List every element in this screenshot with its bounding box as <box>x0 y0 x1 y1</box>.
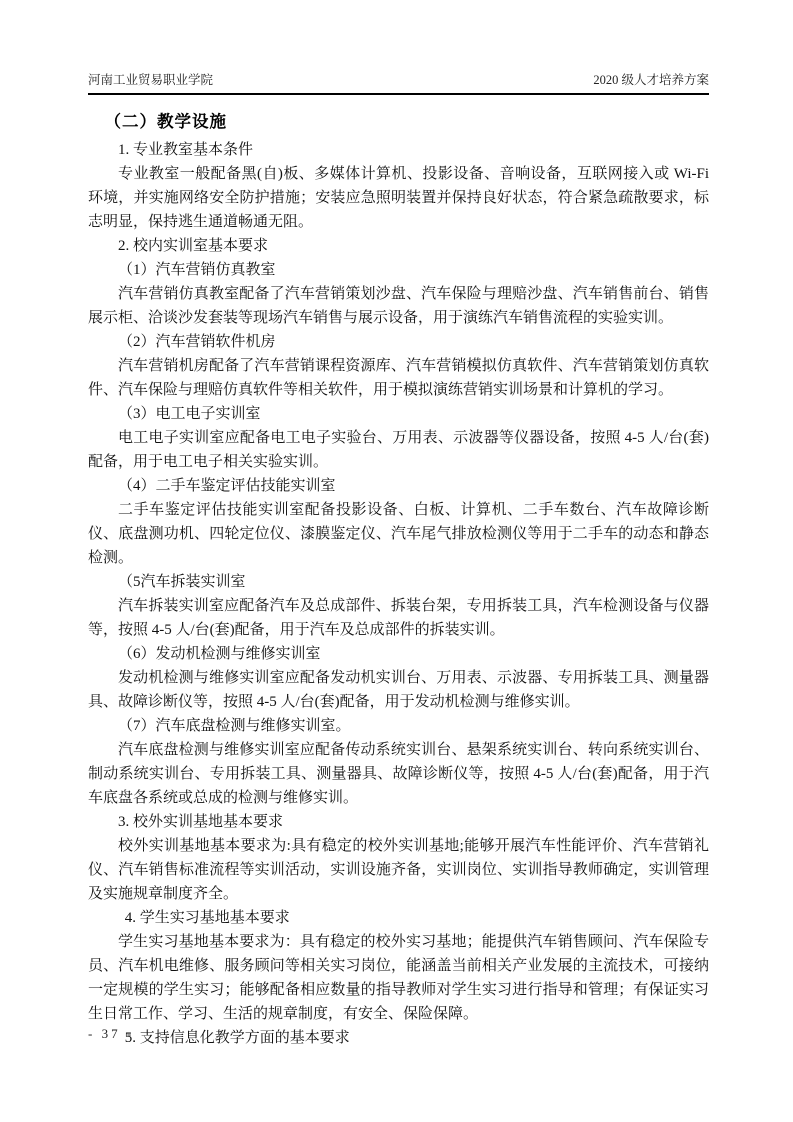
header-school-name: 河南工业贸易职业学院 <box>88 70 213 88</box>
paragraph: 汽车拆装实训室应配备汽车及总成部件、拆装台架，专用拆装工具，汽车检测设备与仪器等… <box>88 594 709 642</box>
paragraph: 汽车营销机房配备了汽车营销课程资源库、汽车营销模拟仿真软件、汽车营销策划仿真软件… <box>88 354 709 402</box>
page-header: 河南工业贸易职业学院 2020 级人才培养方案 <box>88 70 709 95</box>
paragraph: 汽车底盘检测与维修实训室应配备传动系统实训台、悬架系统实训台、转向系统实训台、制… <box>88 738 709 810</box>
document-body: 1. 专业教室基本条件专业教室一般配备黑(自)板、多媒体计算机、投影设备、音响设… <box>88 138 709 1050</box>
paragraph-subheading: （7）汽车底盘检测与维修实训室。 <box>88 714 709 738</box>
paragraph-subheading: （6）发动机检测与维修实训室 <box>88 642 709 666</box>
paragraph: 二手车鉴定评估技能实训室配备投影设备、白板、计算机、二手车数台、汽车故障诊断仪、… <box>88 498 709 570</box>
paragraph-subheading: （5汽车拆装实训室 <box>88 570 709 594</box>
paragraph-subheading: （1）汽车营销仿真教室 <box>88 258 709 282</box>
paragraph-subheading: （4）二手车鉴定评估技能实训室 <box>88 474 709 498</box>
paragraph: 校外实训基地基本要求为:具有稳定的校外实训基地;能够开展汽车性能评价、汽车营销礼… <box>88 834 709 906</box>
header-plan-title: 2020 级人才培养方案 <box>593 70 709 88</box>
paragraph-subheading: 1. 专业教室基本条件 <box>88 138 709 162</box>
page-number: - 37 - <box>88 1026 134 1042</box>
paragraph-subheading: （3）电工电子实训室 <box>88 402 709 426</box>
paragraph-subheading: 3. 校外实训基地基本要求 <box>88 810 709 834</box>
paragraph-subheading: 2. 校内实训室基本要求 <box>88 234 709 258</box>
paragraph: 专业教室一般配备黑(自)板、多媒体计算机、投影设备、音响设备，互联网接入或 Wi… <box>88 162 709 234</box>
paragraph-subheading: 4. 学生实习基地基本要求 <box>88 906 709 930</box>
paragraph: 汽车营销仿真教室配备了汽车营销策划沙盘、汽车保险与理赔沙盘、汽车销售前台、销售展… <box>88 282 709 330</box>
section-title: （二）教学设施 <box>88 108 709 132</box>
paragraph: 发动机检测与维修实训室应配备发动机实训台、万用表、示波器、专用拆装工具、测量器具… <box>88 666 709 714</box>
document-page: 河南工业贸易职业学院 2020 级人才培养方案 （二）教学设施 1. 专业教室基… <box>0 0 793 1122</box>
paragraph: 电工电子实训室应配备电工电子实验台、万用表、示波器等仪器设备，按照 4-5 人/… <box>88 426 709 474</box>
paragraph-subheading: 5. 支持信息化教学方面的基本要求 <box>88 1026 709 1050</box>
paragraph-subheading: （2）汽车营销软件机房 <box>88 330 709 354</box>
paragraph: 学生实习基地基本要求为：具有稳定的校外实习基地；能提供汽车销售顾问、汽车保险专员… <box>88 930 709 1026</box>
